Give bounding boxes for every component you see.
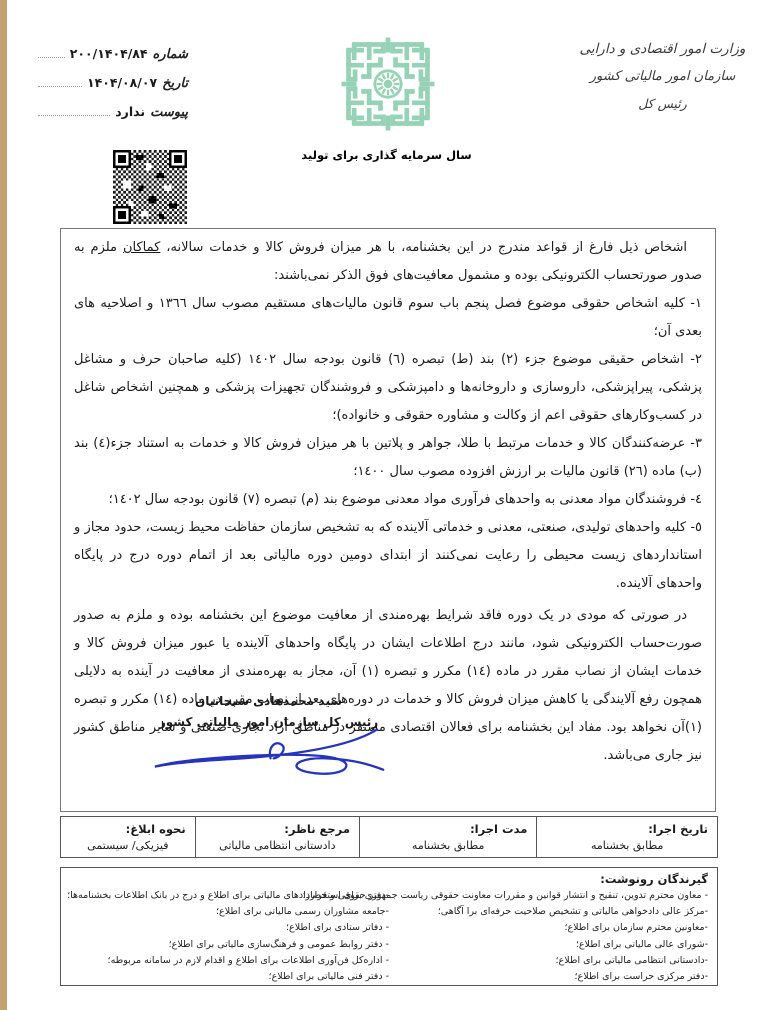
copy-recipients-section: گیرندگان رونوشت: - معاون محترم تدوین، تن… xyxy=(59,867,717,986)
circular-body: اشخاص ذیل فارغ از قواعد مندرج در این بخش… xyxy=(59,228,715,812)
number-label: شماره xyxy=(152,47,187,62)
number-value: ۲۰۰/۱۴۰۴/۸۴ xyxy=(69,46,147,61)
table-row: تاریخ اجرا: مطابق بخشنامه مدت اجرا: مطاب… xyxy=(60,817,717,858)
closing-paragraph: در صورتی که مودی در یک دوره فاقد شرایط ب… xyxy=(73,602,701,770)
list-item: ١- کلیه اشخاص حقوقی موضوع فصل پنجم باب س… xyxy=(73,290,701,346)
dotted-leader xyxy=(37,86,81,87)
signer-role: رئیس کل xyxy=(559,90,764,117)
exec-duration-value: مطابق بخشنامه xyxy=(359,837,535,852)
letter-date-row: تاریخ ۱۴۰۴/۰۸/۰۷ xyxy=(37,75,187,91)
recipients-columns: - معاون محترم تدوین، تنقیح و انتشار قوان… xyxy=(69,888,707,985)
recipient-item: -دفتر حقوقی و قراردادهای مالیاتی برای اط… xyxy=(69,888,388,904)
notification-method-cell: نحوه ابلاغ: فیزیکی/ سیستمی xyxy=(60,817,195,858)
ministry-name: وزارت امور اقتصادی و دارایی xyxy=(559,36,764,63)
attachment-label: پیوست xyxy=(149,105,187,120)
signature-block: سید محمدهادی سبحانیان رئیس کل سازمان امو… xyxy=(155,691,380,733)
dotted-leader xyxy=(37,115,109,116)
organization-name: سازمان امور مالیاتی کشور xyxy=(559,63,764,90)
letterhead-ministry-titles: وزارت امور اقتصادی و دارایی سازمان امور … xyxy=(559,36,764,117)
tax-organization-logo-icon xyxy=(340,32,434,136)
intro-underlined-word: کماکان xyxy=(122,240,159,255)
notification-method-label: نحوه ابلاغ: xyxy=(60,820,194,837)
letter-number-row: شماره ۲۰۰/۱۴۰۴/۸۴ xyxy=(37,46,187,62)
recipients-left-column: -دفتر حقوقی و قراردادهای مالیاتی برای اط… xyxy=(69,888,388,985)
recipient-item: -جامعه مشاوران رسمی مالیاتی برای اطلاع؛ xyxy=(69,904,388,920)
year-slogan: سال سرمایه گذاری برای تولید xyxy=(0,148,772,162)
supervisor-value: دادستانی انتظامی مالیاتی xyxy=(195,837,358,852)
recipient-item: - معاون محترم تدوین، تنقیح و انتشار قوان… xyxy=(388,888,707,904)
recipient-item: - دفتر فنی مالیاتی برای اطلاع؛ xyxy=(69,969,388,985)
supervisor-label: مرجع ناظر: xyxy=(195,820,358,837)
dotted-leader xyxy=(37,57,64,58)
intro-text-before: اشخاص ذیل فارغ از قواعد مندرج در این بخش… xyxy=(159,240,686,255)
list-item: ٥- کلیه واحدهای تولیدی، صنعتی، معدنی و خ… xyxy=(73,514,701,598)
exec-date-value: مطابق بخشنامه xyxy=(536,837,716,852)
execution-info-table: تاریخ اجرا: مطابق بخشنامه مدت اجرا: مطاب… xyxy=(59,816,717,858)
supervisor-cell: مرجع ناظر: دادستانی انتظامی مالیاتی xyxy=(194,817,358,858)
signer-name: سید محمدهادی سبحانیان xyxy=(155,691,380,712)
exec-duration-cell: مدت اجرا: مطابق بخشنامه xyxy=(358,817,535,858)
recipient-item: -دفتر مرکزی حراست برای اطلاع؛ xyxy=(388,969,707,985)
recipient-item: -شورای عالی مالیاتی برای اطلاع؛ xyxy=(388,937,707,953)
exec-duration-label: مدت اجرا: xyxy=(359,820,535,837)
exec-date-cell: تاریخ اجرا: مطابق بخشنامه xyxy=(536,817,717,858)
attachment-value: ندارد xyxy=(114,104,144,119)
letter-attachment-row: پیوست ندارد xyxy=(37,104,187,120)
intro-paragraph: اشخاص ذیل فارغ از قواعد مندرج در این بخش… xyxy=(73,234,701,290)
recipient-item: -مرکز عالی دادخواهی مالیاتی و تشخیص صلاح… xyxy=(388,904,707,920)
letter-meta-block: شماره ۲۰۰/۱۴۰۴/۸۴ تاریخ ۱۴۰۴/۰۸/۰۷ پیوست… xyxy=(37,46,187,133)
signer-title: رئیس کل سازمان امور مالیاتی کشور xyxy=(155,712,380,733)
exec-date-label: تاریخ اجرا: xyxy=(536,820,716,837)
recipient-item: - دفاتر ستادی برای اطلاع؛ xyxy=(69,920,388,936)
notification-method-value: فیزیکی/ سیستمی xyxy=(60,837,194,852)
recipient-item: -دادستانی انتظامی مالیاتی برای اطلاع؛ xyxy=(388,953,707,969)
date-label: تاریخ xyxy=(161,76,187,91)
recipient-item: - دفتر روابط عمومی و فرهنگ‌سازی مالیاتی … xyxy=(69,937,388,953)
official-letter-page: وزارت امور اقتصادی و دارایی سازمان امور … xyxy=(0,0,773,1010)
recipients-right-column: - معاون محترم تدوین، تنقیح و انتشار قوان… xyxy=(388,888,707,985)
recipient-item: - اداره‌کل فن‌آوری اطلاعات برای اطلاع و … xyxy=(69,953,388,969)
list-item: ٣- عرضه‌کنندگان کالا و خدمات مرتبط با طل… xyxy=(73,430,701,486)
recipients-title: گیرندگان رونوشت: xyxy=(69,871,707,888)
recipient-item: -معاونین محترم سازمان برای اطلاع؛ xyxy=(388,920,707,936)
list-item: ٢- اشخاص حقیقی موضوع جزء (٢) بند (ط) تبص… xyxy=(73,346,701,430)
list-item: ٤- فروشندگان مواد معدنی به واحدهای فرآور… xyxy=(73,486,701,514)
date-value: ۱۴۰۴/۰۸/۰۷ xyxy=(86,75,156,90)
